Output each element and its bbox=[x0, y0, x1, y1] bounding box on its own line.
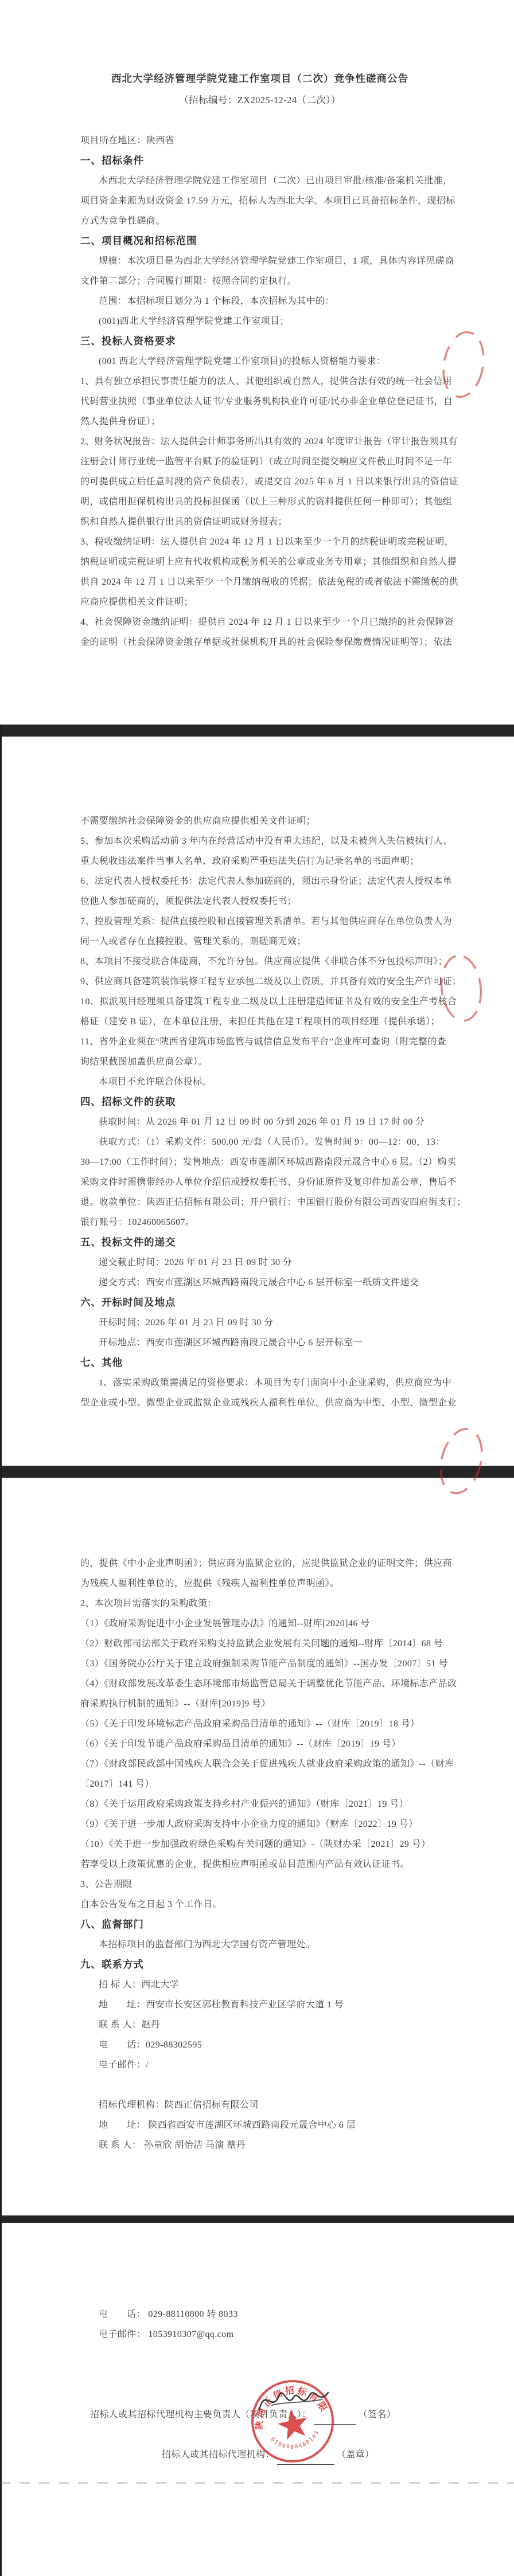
document-line: 递交截止时间：2026 年 01 月 23 日 09 时 30 分 bbox=[80, 1252, 439, 1273]
document-line: 应商应提供相关文件证明； bbox=[80, 592, 439, 612]
document-line: （6）《关于印发节能产品政府采购品目清单的通知》--（财库〔2019〕19 号） bbox=[80, 1734, 439, 1754]
document-line: 获取方式：（1）采购文件：500.00 元/套（人民币）。发售时间 9：00—1… bbox=[80, 1132, 439, 1152]
page-2: 不需要缴纳社会保障资金的供应商应提供相关文件证明；5、参加本次采购活动前 3 年… bbox=[0, 737, 514, 1466]
document-line: 6、法定代表人授权委托书：法定代表人参加磋商的，须出示身份证；法定代表人授权本单 bbox=[80, 871, 439, 891]
document-line: (001 西北大学经济管理学院党建工作室项目)的投标人资格能力要求： bbox=[80, 351, 439, 371]
document-line: 联 系 人： 孙童欣 胡怡洁 马演 蔡丹 bbox=[80, 2135, 439, 2155]
handwritten-signature bbox=[255, 2380, 335, 2423]
document-line: （5）《关于印发环境标志产品政府采购品目清单的通知》--（财库〔2019〕18 … bbox=[80, 1714, 439, 1734]
document-line: 递交方式：西安市莲湖区环城西路南段元晟合中心 6 层开标室一纸质文件递交 bbox=[80, 1273, 439, 1293]
document-line: （10）《关于进一步加强政府绿色采购有关问题的通知》-（陕财办采〔2021〕29… bbox=[80, 1834, 439, 1854]
document-line: 若享受以上政策优惠的企业，提供相应声明函或品目范围内产品有效认证证书。 bbox=[80, 1854, 439, 1874]
document-line: 电子邮件： 1053910307@qq.com bbox=[80, 2324, 439, 2344]
document-line: 的可提供成立后任意时段的资产负债表），或提交自 2025 年 6 月 1 日以来… bbox=[80, 472, 439, 492]
document-line: （7）《财政部民政部中国残疾人联合会关于促进残疾人就业政府采购政策的通知》--（… bbox=[80, 1754, 439, 1774]
tender-announcement-document: 西北大学经济管理学院党建工作室项目（二次）竞争性磋商公告（招标编号：ZX2025… bbox=[0, 0, 514, 2576]
document-line: 电 话： 029-88110800 转 8033 bbox=[80, 2304, 439, 2324]
document-line: 规模：本次项目是为西北大学经济管理学院党建工作室项目，1 项，具体内容详见磋商 bbox=[80, 251, 439, 271]
document-line: 询结果截图加盖供应商公章）。 bbox=[80, 1052, 439, 1072]
document-line: 本项目不允许联合体投标。 bbox=[80, 1072, 439, 1092]
page-separator bbox=[0, 725, 514, 737]
cross-page-seal-stamp-icon bbox=[438, 1426, 484, 1497]
principal-signature-suffix: （签名） bbox=[359, 2410, 396, 2420]
document-line: 自本公告发布之日起 3 个工作日。 bbox=[80, 1894, 439, 1915]
document-line: 重大税收违法案件当事人名单、政府采购严重违法失信行为记录名单的书面声明； bbox=[80, 851, 439, 871]
document-line bbox=[80, 111, 439, 131]
cross-page-seal-stamp-icon bbox=[438, 953, 484, 1024]
document-line: 位他人参加磋商的，须提供法定代表人授权委托书； bbox=[80, 891, 439, 911]
document-line: 1、具有独立承担民事责任能力的法人、其他组织或自然人，提供合法有效的统一社会信用 bbox=[80, 371, 439, 392]
scan-noise-line bbox=[0, 2482, 514, 2484]
section-heading: 一、招标条件 bbox=[80, 151, 439, 171]
document-line: 范围：本招标项目划分为 1 个标段，本次招标为其中的： bbox=[80, 291, 439, 311]
document-line: 联 系 人：赵丹 bbox=[80, 2015, 439, 2035]
document-line: 织和自然人提供银行出具的资信证明或财务报表； bbox=[80, 512, 439, 532]
section-heading: 九、联系方式 bbox=[80, 1955, 439, 1975]
document-line: 2、财务状况报告：法人提供会计师事务所出具有效的 2024 年度审计报告（审计报… bbox=[80, 432, 439, 452]
document-line: 7、控股管理关系：提供直接控股和直接管理关系清单。若与其他供应商存在单位负责人为 bbox=[80, 911, 439, 931]
document-line: 招标代理机构：陕西正信招标有限公司 bbox=[80, 2095, 439, 2115]
document-line: 代码营业执照（事业单位法人证书/专业服务机构执业许可证/民办非企业单位登记证书，… bbox=[80, 392, 439, 412]
document-line: 3、税收缴纳证明：法人提供自 2024 年 12 月 1 日以来至少一个月的纳税… bbox=[80, 532, 439, 552]
document-line: （8）《关于运用政府采购政策支持乡村产业振兴的通知》（财库〔2021〕19 号） bbox=[80, 1794, 439, 1814]
document-line: 本招标项目的监督部门为西北大学国有资产管理处。 bbox=[80, 1935, 439, 1955]
page-separator bbox=[0, 2215, 514, 2223]
section-heading: 二、项目概况和招标范围 bbox=[80, 231, 439, 251]
section-heading: 三、投标人资格要求 bbox=[80, 331, 439, 351]
document-line bbox=[80, 2075, 439, 2095]
document-line: 3、公告期限 bbox=[80, 1874, 439, 1894]
document-line: 银行账号：102460065607。 bbox=[80, 1212, 439, 1232]
document-line: 不需要缴纳社会保障资金的供应商应提供相关文件证明； bbox=[80, 811, 439, 831]
document-line: 本西北大学经济管理学院党建工作室项目（二次）已由项目审批/核准/备案机关批准， bbox=[80, 171, 439, 191]
document-title: （招标编号：ZX2025-12-24（二次）） bbox=[80, 89, 439, 111]
document-line: (001)西北大学经济管理学院党建工作室项目； bbox=[80, 311, 439, 331]
document-line: 金的证明（社会保障资金缴存单据或社保机构开具的社会保险参保缴费情况证明等）；依法 bbox=[80, 632, 439, 652]
document-line: （4）《财政部发展改革委生态环境部市场监管总局关于调整优化节能产品、环境标志产品… bbox=[80, 1674, 439, 1694]
document-line: 注册会计师行业统一监管平台赋予的验证码）（成立时间至提交响应文件截止时间不足一年 bbox=[80, 452, 439, 472]
document-line: 的，提供《中小企业声明函》；供应商为监狱企业的，应提供监狱企业的证明文件；供应商 bbox=[80, 1553, 439, 1573]
document-line: 采购文件时需携带经办人单位介绍信或授权委托书、身份证原件及复印件加盖公章，售后不 bbox=[80, 1172, 439, 1192]
document-line: 格证（建安 B 证），在本单位注册，未担任其他在建工程项目的项目经理（提供承诺）… bbox=[80, 1012, 439, 1032]
document-line: 5、参加本次采购活动前 3 年内在经营活动中没有重大违纪，以及未被列入失信被执行… bbox=[80, 831, 439, 851]
document-line: 同一人或者存在直接控股、管理关系的，则磋商无效； bbox=[80, 931, 439, 952]
document-line: （1）《政府采购促进中小企业发展管理办法》的通知--财库[2020]46 号 bbox=[80, 1614, 439, 1634]
scan-edge-artifact bbox=[0, 725, 2, 2576]
document-line: 招 标 人：西北大学 bbox=[80, 1975, 439, 1995]
document-line: 10、拟派项目经理须具备建筑工程专业二级及以上注册建造师证书及有效的安全生产考核… bbox=[80, 992, 439, 1012]
document-line: 11、省外企业须在“陕西省建筑市场监管与诚信信息发布平台”企业库可查询（附完整的… bbox=[80, 1032, 439, 1052]
document-line: 地 址：西安市长安区郭杜教育科技产业区学府大道 1 号 bbox=[80, 1995, 439, 2015]
document-line: 4、社会保障资金缴纳证明：提供自 2024 年 12 月 1 日以来至少一个月已… bbox=[80, 612, 439, 632]
document-line: 项目资金来源为财政资金 17.59 万元，招标人为西北大学。本项目已具备招标条件… bbox=[80, 191, 439, 211]
page-separator bbox=[0, 1466, 514, 1478]
document-line: 项目所在地区：陕西省 bbox=[80, 131, 439, 151]
document-line: 开标时间：2026 年 01 月 23 日 09 时 30 分 bbox=[80, 1313, 439, 1333]
document-line: （2）财政部司法部关于政府采购支持监狱企业发展有关问题的通知--财库〔2014〕… bbox=[80, 1634, 439, 1654]
document-line: 电 话：029-88302595 bbox=[80, 2035, 439, 2055]
document-line: （9）《关于进一步加大政府采购支持中小企业力度的通知》（财库〔2022〕19 号… bbox=[80, 1814, 439, 1834]
section-heading: 七、其他 bbox=[80, 1353, 439, 1373]
document-line: （3）《国务院办公厅关于建立政府强制采购节能产品制度的通知》--国办发〔2007… bbox=[80, 1654, 439, 1674]
document-line: 退。收款单位：陕西正信招标有限公司；开户银行：中国银行股份有限公司西安四府街支行… bbox=[80, 1192, 439, 1212]
document-line: 开标地点：西安市莲湖区环城西路南段元晟合中心 6 层开标室一 bbox=[80, 1333, 439, 1353]
document-line: 供自 2024 年 12 月 1 日以来至少一个月缴纳税收的凭据；依法免税的或者… bbox=[80, 572, 439, 592]
document-line: 9、供应商具备建筑装饰装修工程专业承包二级及以上资质，并具备有效的安全生产许可证… bbox=[80, 972, 439, 992]
document-line: 获取时间：从 2026 年 01 月 12 日 09 时 00 分到 2026 … bbox=[80, 1112, 439, 1132]
document-line: 纳税证明或完税证明上应有代收机构或税务机关的公章或业务专用章；其他组织和自然人提 bbox=[80, 552, 439, 572]
cross-page-seal-stamp-icon bbox=[441, 329, 486, 400]
document-line: 为残疾人福利性单位的，应提供《残疾人福利性单位声明函》。 bbox=[80, 1573, 439, 1594]
document-line: 8、本项目不接受联合体磋商，不允许分包。供应商应提供《非联合体不分包投标声明》； bbox=[80, 952, 439, 972]
document-line: 府采购执行机制的通知》--（财库[2019]9 号） bbox=[80, 1694, 439, 1714]
document-line: 然人提供身份证）； bbox=[80, 412, 439, 432]
page-1: 西北大学经济管理学院党建工作室项目（二次）竞争性磋商公告（招标编号：ZX2025… bbox=[0, 0, 514, 725]
document-line: 〔2017〕141 号） bbox=[80, 1774, 439, 1794]
document-title: 西北大学经济管理学院党建工作室项目（二次）竞争性磋商公告 bbox=[80, 68, 439, 89]
document-line: 明，或信用担保机构出具的投标担保函（以上三种形式的资料提供任何一种即可）；其他组 bbox=[80, 492, 439, 512]
section-heading: 五、投标文件的递交 bbox=[80, 1232, 439, 1252]
document-line: 电子邮件：/ bbox=[80, 2055, 439, 2075]
section-heading: 八、监督部门 bbox=[80, 1915, 439, 1935]
document-line: 30—17:00（工作时间）；发售地点：西安市莲湖区环城西路南段元晟合中心 6 … bbox=[80, 1152, 439, 1172]
document-line: 型企业或小型、微型企业或监狱企业或残疾人福利性单位。供应商为中型、小型、微型企业 bbox=[80, 1393, 439, 1413]
document-line: 方式为竞争性磋商。 bbox=[80, 211, 439, 231]
document-line: 地 址： 陕西省西安市莲湖区环城西路南段元晟合中心 6 层 bbox=[80, 2115, 439, 2135]
section-heading: 四、招标文件的获取 bbox=[80, 1092, 439, 1112]
page-3: 的，提供《中小企业声明函》；供应商为监狱企业的，应提供监狱企业的证明文件；供应商… bbox=[0, 1478, 514, 2215]
document-line: 文件第二部分；合同履行期限：按照合同约定执行。 bbox=[80, 271, 439, 291]
document-line: 1、落实采购政策需满足的资格要求：本项目为专门面向中小企业采购，供应商应为中 bbox=[80, 1373, 439, 1393]
document-line: 2、本次项目需落实的采购政策： bbox=[80, 1594, 439, 1614]
section-heading: 六、开标时间及地点 bbox=[80, 1293, 439, 1313]
